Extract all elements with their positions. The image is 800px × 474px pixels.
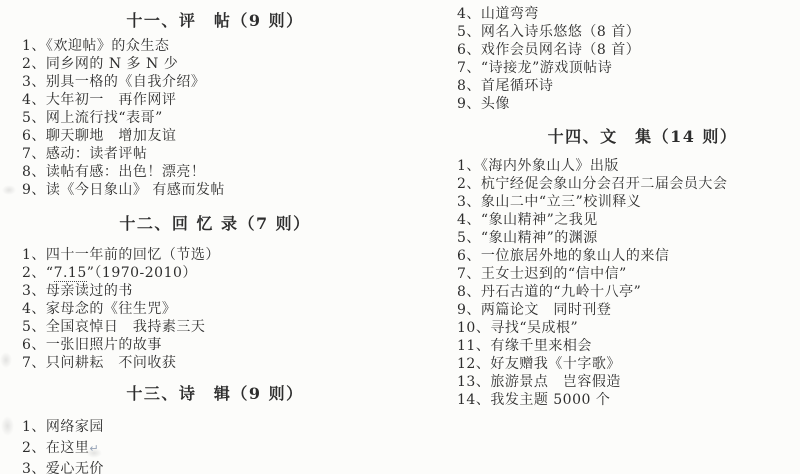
toc-item: 9、读《今日象山》 有感而发帖: [22, 181, 410, 199]
text-run: ”（1970-2010）: [87, 265, 197, 281]
scan-smudge: [2, 185, 16, 195]
toc-item: 7、“诗接龙”游戏顶帖诗: [457, 59, 800, 77]
section-title-12: 十二、回 忆 录（7 则）: [20, 211, 410, 234]
toc-item: 6、戏作会员网名诗（8 首）: [457, 41, 800, 59]
toc-item: 1、网络家园: [22, 417, 410, 438]
toc-item: 2、“7.15”（1970-2010）: [22, 264, 410, 282]
toc-item: 7、只问耕耘 不问收获: [22, 354, 410, 372]
toc-item: 2、在这里↵: [22, 438, 410, 459]
section-11-items: 1、《欢迎帖》的众生态2、同乡网的 N 多 N 少3、别具一格的《自我介绍》4、…: [22, 37, 410, 199]
toc-item: 3、母亲读过的书: [22, 282, 410, 300]
section-13-continued-items: 4、山道弯弯5、网名入诗乐悠悠（8 首）6、戏作会员网名诗（8 首）7、“诗接龙…: [457, 5, 800, 113]
right-column: 4、山道弯弯5、网名入诗乐悠悠（8 首）6、戏作会员网名诗（8 首）7、“诗接龙…: [455, 0, 800, 474]
section-title-14: 十四、文 集（14 则）: [455, 124, 800, 147]
toc-item: 14、我发主题 5000 个: [457, 391, 800, 409]
toc-item: 3、爱心无价: [22, 459, 410, 474]
toc-item: 9、头像: [457, 95, 800, 113]
text-run: 2、在这里: [22, 440, 89, 456]
scan-smudge: [1, 416, 14, 436]
scan-smudge: [0, 352, 12, 368]
toc-item: 12、好友赠我《十字歌》: [457, 355, 800, 373]
toc-item: 13、旅游景点 岂容假造: [457, 373, 800, 391]
toc-item: 6、一位旅居外地的象山人的来信: [457, 247, 800, 265]
toc-page: 十一、评 帖（9 则） 1、《欢迎帖》的众生态2、同乡网的 N 多 N 少3、别…: [0, 0, 800, 474]
toc-item: 5、“象山精神”的渊源: [457, 229, 800, 247]
dotted-text: 7.15: [54, 265, 87, 282]
section-12-items: 1、四十一年前的回忆（节选）2、“7.15”（1970-2010）3、母亲读过的…: [22, 246, 410, 372]
toc-item: 4、家母念的《往生咒》: [22, 300, 410, 318]
toc-item: 6、一张旧照片的故事: [22, 336, 410, 354]
toc-item: 7、感动：读者评帖: [22, 145, 410, 163]
toc-item: 11、有缘千里来相会: [457, 337, 800, 355]
toc-item: 6、聊天聊地 增加友谊: [22, 127, 410, 145]
toc-item: 5、网名入诗乐悠悠（8 首）: [457, 23, 800, 41]
toc-item: 4、山道弯弯: [457, 5, 800, 23]
text-run: 2、“: [22, 265, 54, 281]
toc-item: 1、四十一年前的回忆（节选）: [22, 246, 410, 264]
section-13-items: 1、网络家园2、在这里↵3、爱心无价: [22, 417, 410, 474]
toc-item: 4、“象山精神”之我见: [457, 211, 800, 229]
pilcrow-text: ↵: [89, 442, 99, 455]
toc-item: 8、读帖有感：出色！漂亮！: [22, 163, 410, 181]
toc-item: 5、全国哀悼日 我持素三天: [22, 318, 410, 336]
toc-item: 10、寻找“吴成根”: [457, 319, 800, 337]
toc-item: 3、象山二中“立三”校训释义: [457, 193, 800, 211]
section-title-11: 十一、评 帖（9 则）: [20, 8, 410, 31]
toc-item: 7、王女士迟到的“信中信”: [457, 265, 800, 283]
left-column: 十一、评 帖（9 则） 1、《欢迎帖》的众生态2、同乡网的 N 多 N 少3、别…: [20, 0, 410, 474]
toc-item: 4、大年初一 再作网评: [22, 91, 410, 109]
toc-item: 3、别具一格的《自我介绍》: [22, 73, 410, 91]
toc-item: 8、丹石古道的“九岭十八亭”: [457, 283, 800, 301]
section-14-items: 1、《海内外象山人》出版2、杭宁经促会象山分会召开二届会员大会3、象山二中“立三…: [457, 157, 800, 409]
toc-item: 2、杭宁经促会象山分会召开二届会员大会: [457, 175, 800, 193]
toc-item: 2、同乡网的 N 多 N 少: [22, 55, 410, 73]
toc-item: 1、《欢迎帖》的众生态: [22, 37, 410, 55]
toc-item: 5、网上流行找“表哥”: [22, 109, 410, 127]
toc-item: 1、《海内外象山人》出版: [457, 157, 800, 175]
section-title-13: 十三、诗 辑（9 则）: [20, 381, 410, 404]
toc-item: 8、首尾循环诗: [457, 77, 800, 95]
toc-item: 9、两篇论文 同时刊登: [457, 301, 800, 319]
